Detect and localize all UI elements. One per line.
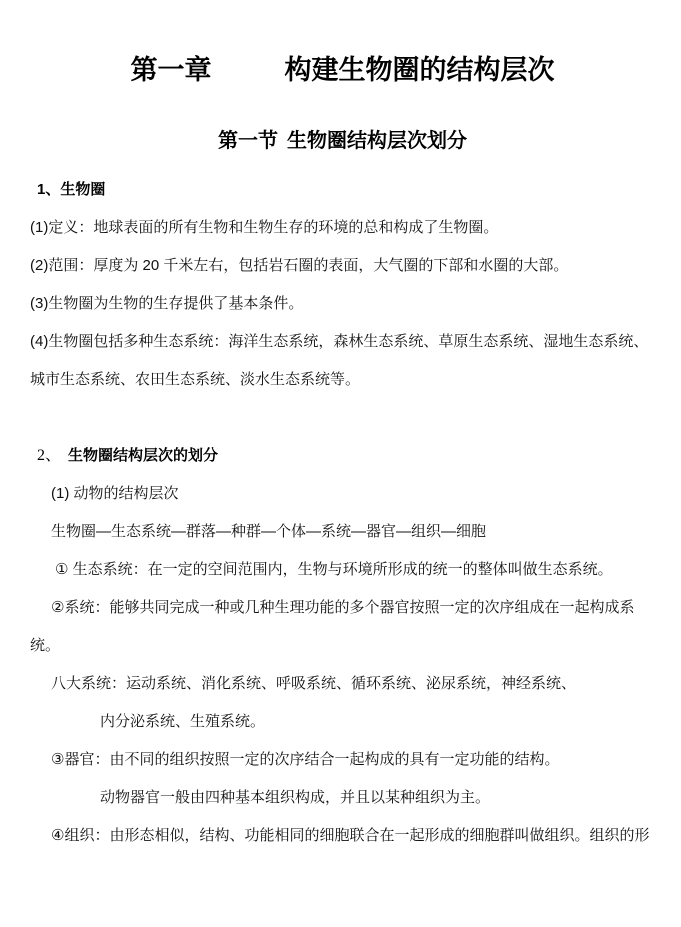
chapter-heading: 第一章 构建生物圈的结构层次 xyxy=(30,52,655,88)
hierarchy-chain-line: 生物圈—生态系统—群落—种群—个体—系统—器官—组织—细胞 xyxy=(30,513,655,551)
section2-heading: 2、生物圈结构层次的划分 xyxy=(30,437,655,475)
section1-conditions-line: (3)生物圈为生物的生存提供了基本条件。 xyxy=(30,285,655,323)
section-label: 第一节 xyxy=(218,126,278,156)
organ-definition-line-1: ③器官：由不同的组织按照一定的次序结合一起构成的具有一定功能的结构。 xyxy=(30,741,655,779)
section1-range-line: (2)范围：厚度为 20 千米左右，包括岩石圈的表面，大气圈的下部和水圈的大部。 xyxy=(30,247,655,285)
section-title-text: 生物圈结构层次划分 xyxy=(287,126,467,156)
ecosystem-definition-line: ① 生态系统：在一定的空间范围内，生物与环境所形成的统一的整体叫做生态系统。 xyxy=(30,551,655,589)
eight-systems-line-2: 内分泌系统、生殖系统。 xyxy=(30,703,655,741)
section1-ecosystems-line-1: (4)生物圈包括多种生态系统：海洋生态系统，森林生态系统、草原生态系统、湿地生态… xyxy=(30,323,655,361)
chapter-label: 第一章 xyxy=(131,52,212,88)
system-definition-line-2: 统。 xyxy=(30,627,655,665)
document-page: 第一章 构建生物圈的结构层次 第一节 生物圈结构层次划分 1、生物圈 (1)定义… xyxy=(0,0,681,927)
organ-definition-line-2: 动物器官一般由四种基本组织构成，并且以某种组织为主。 xyxy=(30,779,655,817)
eight-systems-line-1: 八大系统：运动系统、消化系统、呼吸系统、循环系统、泌尿系统，神经系统、 xyxy=(30,665,655,703)
section2-heading-text: 生物圈结构层次的划分 xyxy=(68,447,218,464)
section1-definition-line: (1)定义：地球表面的所有生物和生物生存的环境的总和构成了生物圈。 xyxy=(30,209,655,247)
section-heading: 第一节 生物圈结构层次划分 xyxy=(30,126,655,156)
section1-ecosystems-line-2: 城市生态系统、农田生态系统、淡水生态系统等。 xyxy=(30,361,655,399)
section1-heading: 1、生物圈 xyxy=(30,171,655,209)
section2-heading-number: 2、 xyxy=(37,447,61,464)
system-definition-line-1: ②系统：能够共同完成一种或几种生理功能的多个器官按照一定的次序组成在一起构成系 xyxy=(30,589,655,627)
animal-structure-subheading: (1) 动物的结构层次 xyxy=(30,475,655,513)
chapter-title-text: 构建生物圈的结构层次 xyxy=(285,52,555,88)
tissue-definition-line: ④组织：由形态相似，结构、功能相同的细胞联合在一起形成的细胞群叫做组织。组织的形 xyxy=(30,817,655,855)
